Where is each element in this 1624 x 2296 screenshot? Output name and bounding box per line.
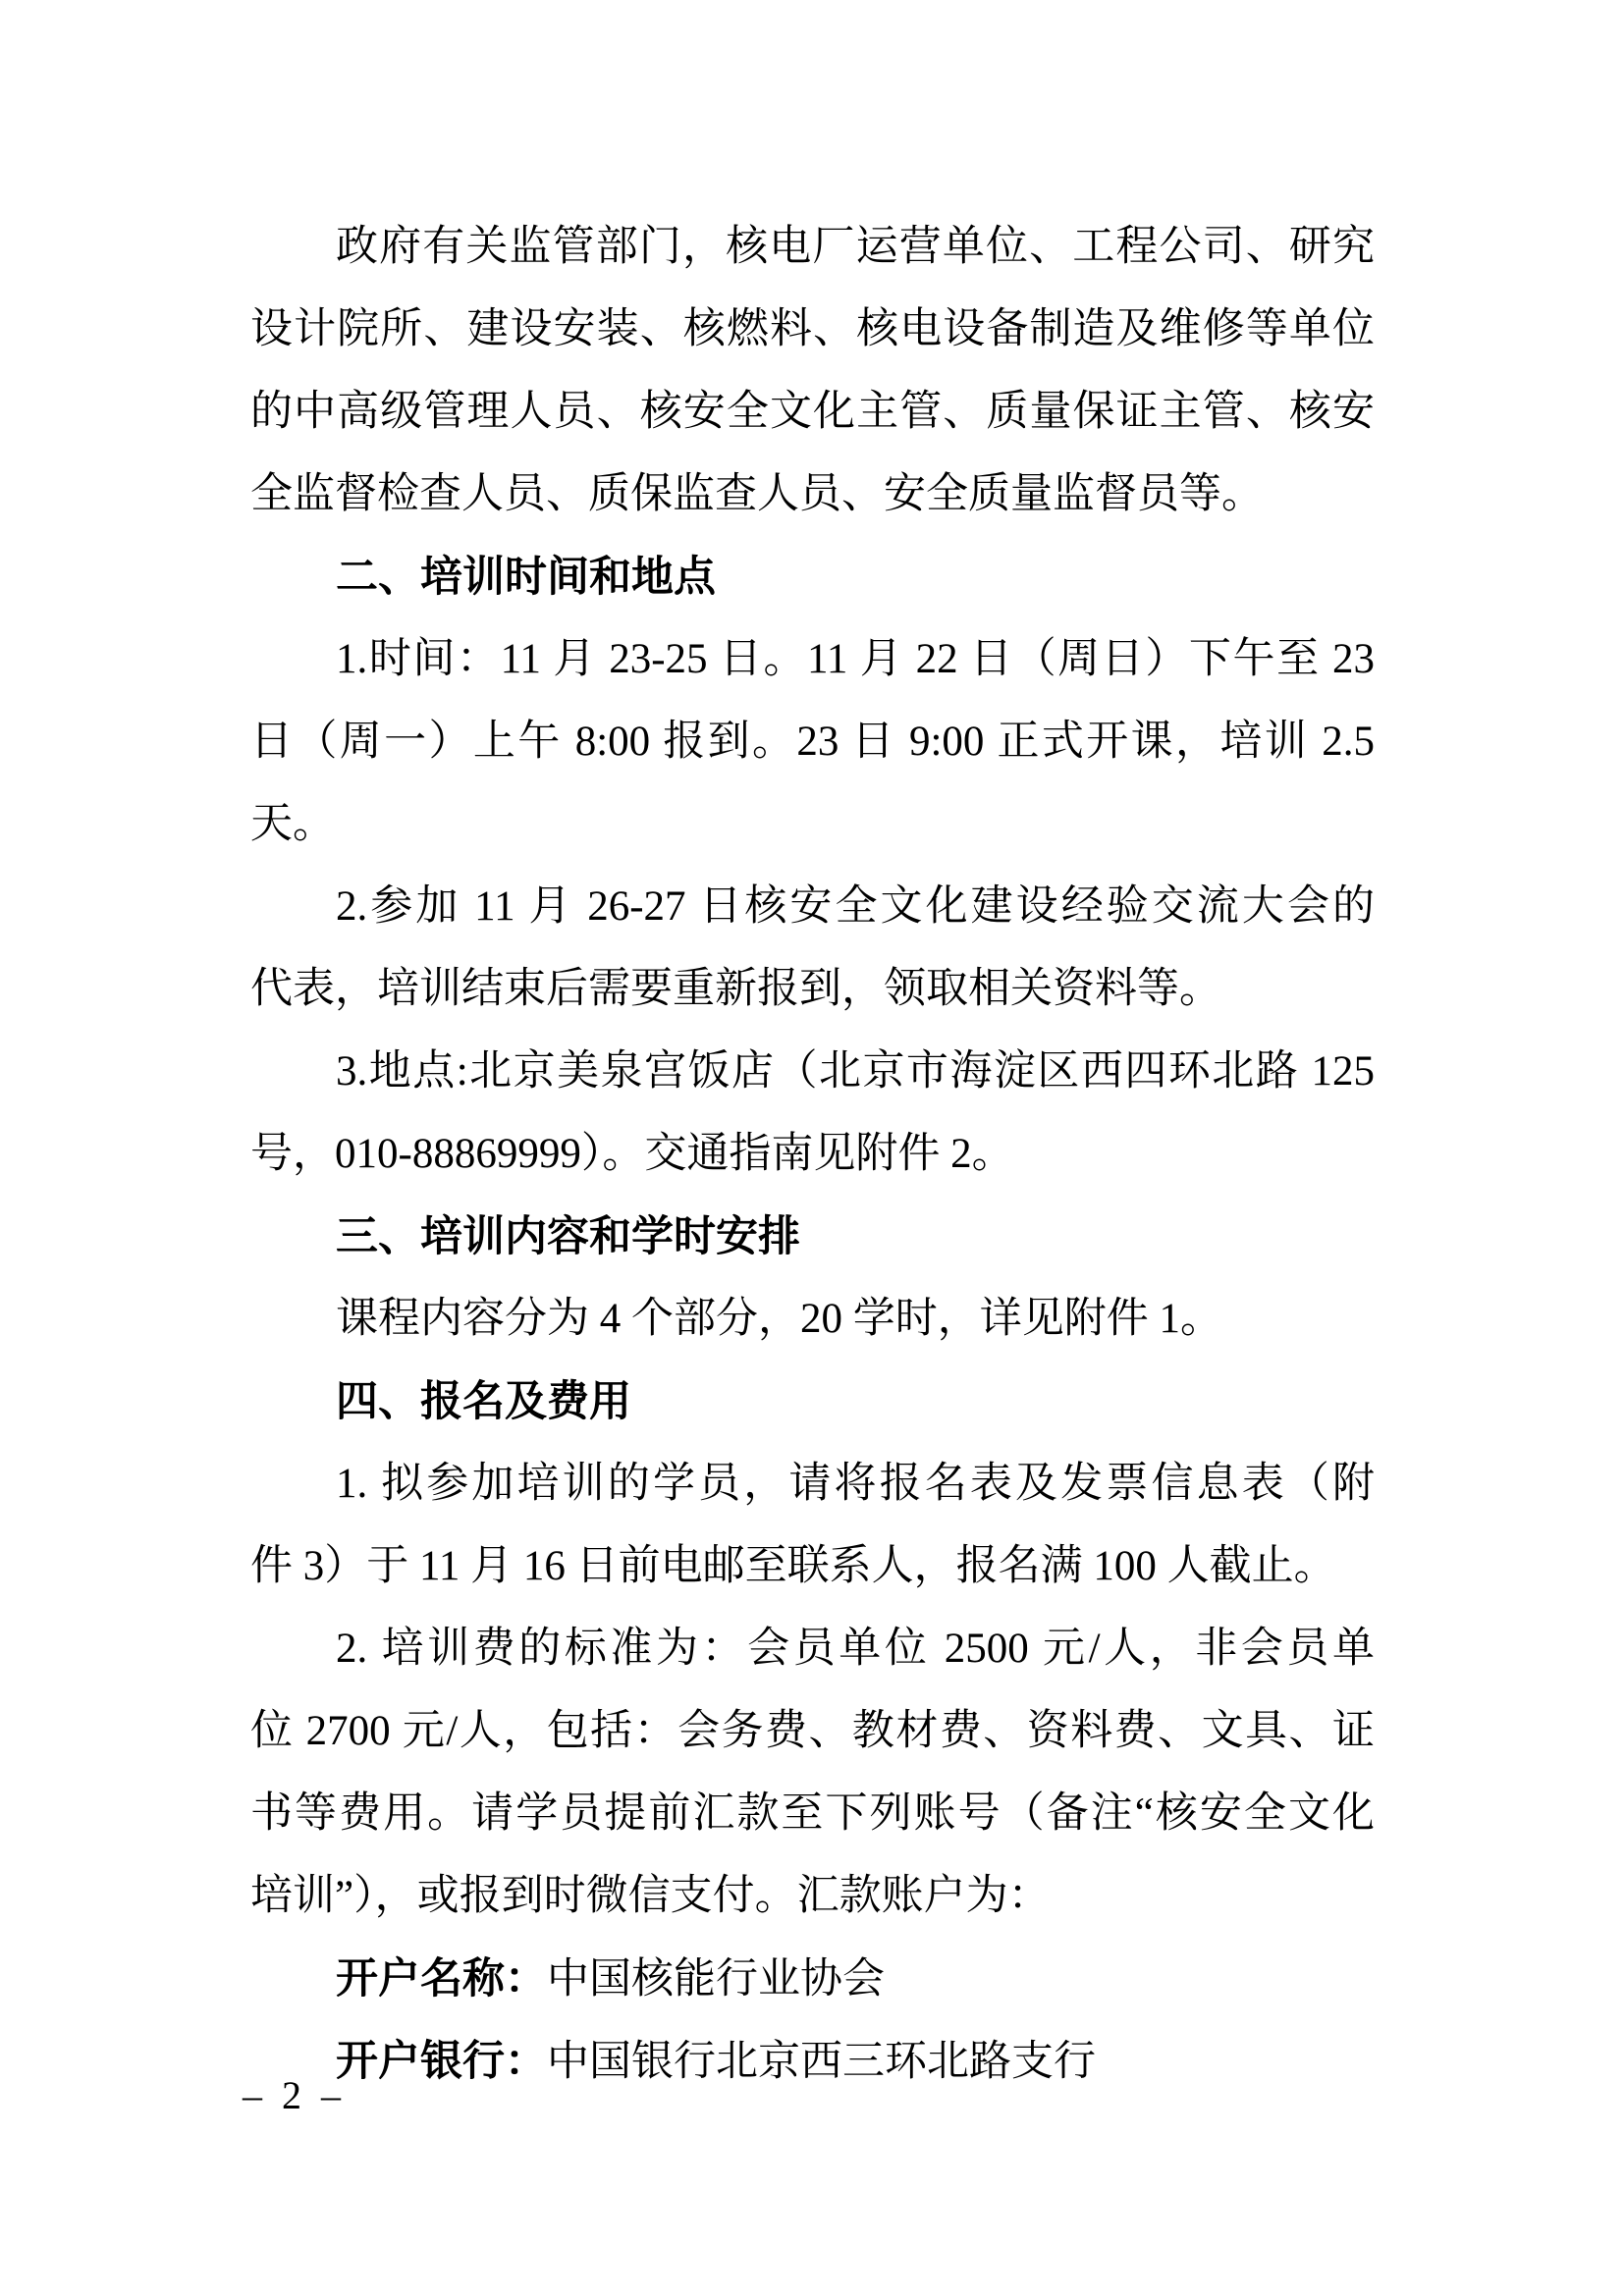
paragraph-line: 2. 培训费的标准为：会员单位 2500 元/人，非会员单 bbox=[250, 1608, 1375, 1690]
paragraph-line: 号，010-88869999）。交通指南见附件 2。 bbox=[250, 1113, 1375, 1196]
section-heading: 四、报名及费用 bbox=[250, 1361, 1375, 1443]
paragraph-line: 位 2700 元/人，包括：会务费、教材费、资料费、文具、证 bbox=[250, 1690, 1375, 1773]
paragraph-line: 书等费用。请学员提前汇款至下列账号（备注“核安全文化 bbox=[250, 1773, 1375, 1855]
paragraph-line: 件 3）于 11 月 16 日前电邮至联系人，报名满 100 人截止。 bbox=[250, 1525, 1375, 1608]
account-label: 开户名称： bbox=[336, 1955, 547, 2002]
paragraph-line: 1.时间：11 月 23-25 日。11 月 22 日（周日）下午至 23 bbox=[250, 618, 1375, 701]
account-value: 中国银行北京西三环北路支行 bbox=[547, 2039, 1096, 2085]
paragraph-line: 代表，培训结束后需要重新报到，领取相关资料等。 bbox=[250, 948, 1375, 1031]
paragraph-line: 2.参加 11 月 26-27 日核安全文化建设经验交流大会的 bbox=[250, 866, 1375, 948]
account-line: 开户银行：中国银行北京西三环北路支行 bbox=[250, 2020, 1375, 2103]
page-number: – 2 – bbox=[243, 2073, 341, 2118]
paragraph-line: 1. 拟参加培训的学员，请将报名表及发票信息表（附 bbox=[250, 1443, 1375, 1525]
paragraph-line: 全监督检查人员、质保监查人员、安全质量监督员等。 bbox=[250, 454, 1375, 536]
account-value: 中国核能行业协会 bbox=[547, 1956, 885, 2002]
document-body: 政府有关监管部门，核电厂运营单位、工程公司、研究设计院所、建设安装、核燃料、核电… bbox=[250, 206, 1375, 2103]
paragraph-line: 设计院所、建设安装、核燃料、核电设备制造及维修等单位 bbox=[250, 289, 1375, 371]
section-heading: 二、培训时间和地点 bbox=[250, 536, 1375, 618]
paragraph-line: 政府有关监管部门，核电厂运营单位、工程公司、研究 bbox=[250, 206, 1375, 289]
paragraph-line: 培训”），或报到时微信支付。汇款账户为： bbox=[250, 1855, 1375, 1938]
paragraph-line: 的中高级管理人员、核安全文化主管、质量保证主管、核安 bbox=[250, 371, 1375, 454]
account-label: 开户银行： bbox=[336, 2038, 547, 2085]
section-heading: 三、培训内容和学时安排 bbox=[250, 1196, 1375, 1278]
document-page: 政府有关监管部门，核电厂运营单位、工程公司、研究设计院所、建设安装、核燃料、核电… bbox=[0, 0, 1624, 2296]
paragraph-line: 天。 bbox=[250, 783, 1375, 866]
paragraph-line: 课程内容分为 4 个部分，20 学时，详见附件 1。 bbox=[250, 1278, 1375, 1361]
paragraph-line: 3.地点:北京美泉宫饭店（北京市海淀区西四环北路 125 bbox=[250, 1031, 1375, 1113]
paragraph-line: 日（周一）上午 8:00 报到。23 日 9:00 正式开课，培训 2.5 bbox=[250, 701, 1375, 783]
account-line: 开户名称：中国核能行业协会 bbox=[250, 1938, 1375, 2020]
